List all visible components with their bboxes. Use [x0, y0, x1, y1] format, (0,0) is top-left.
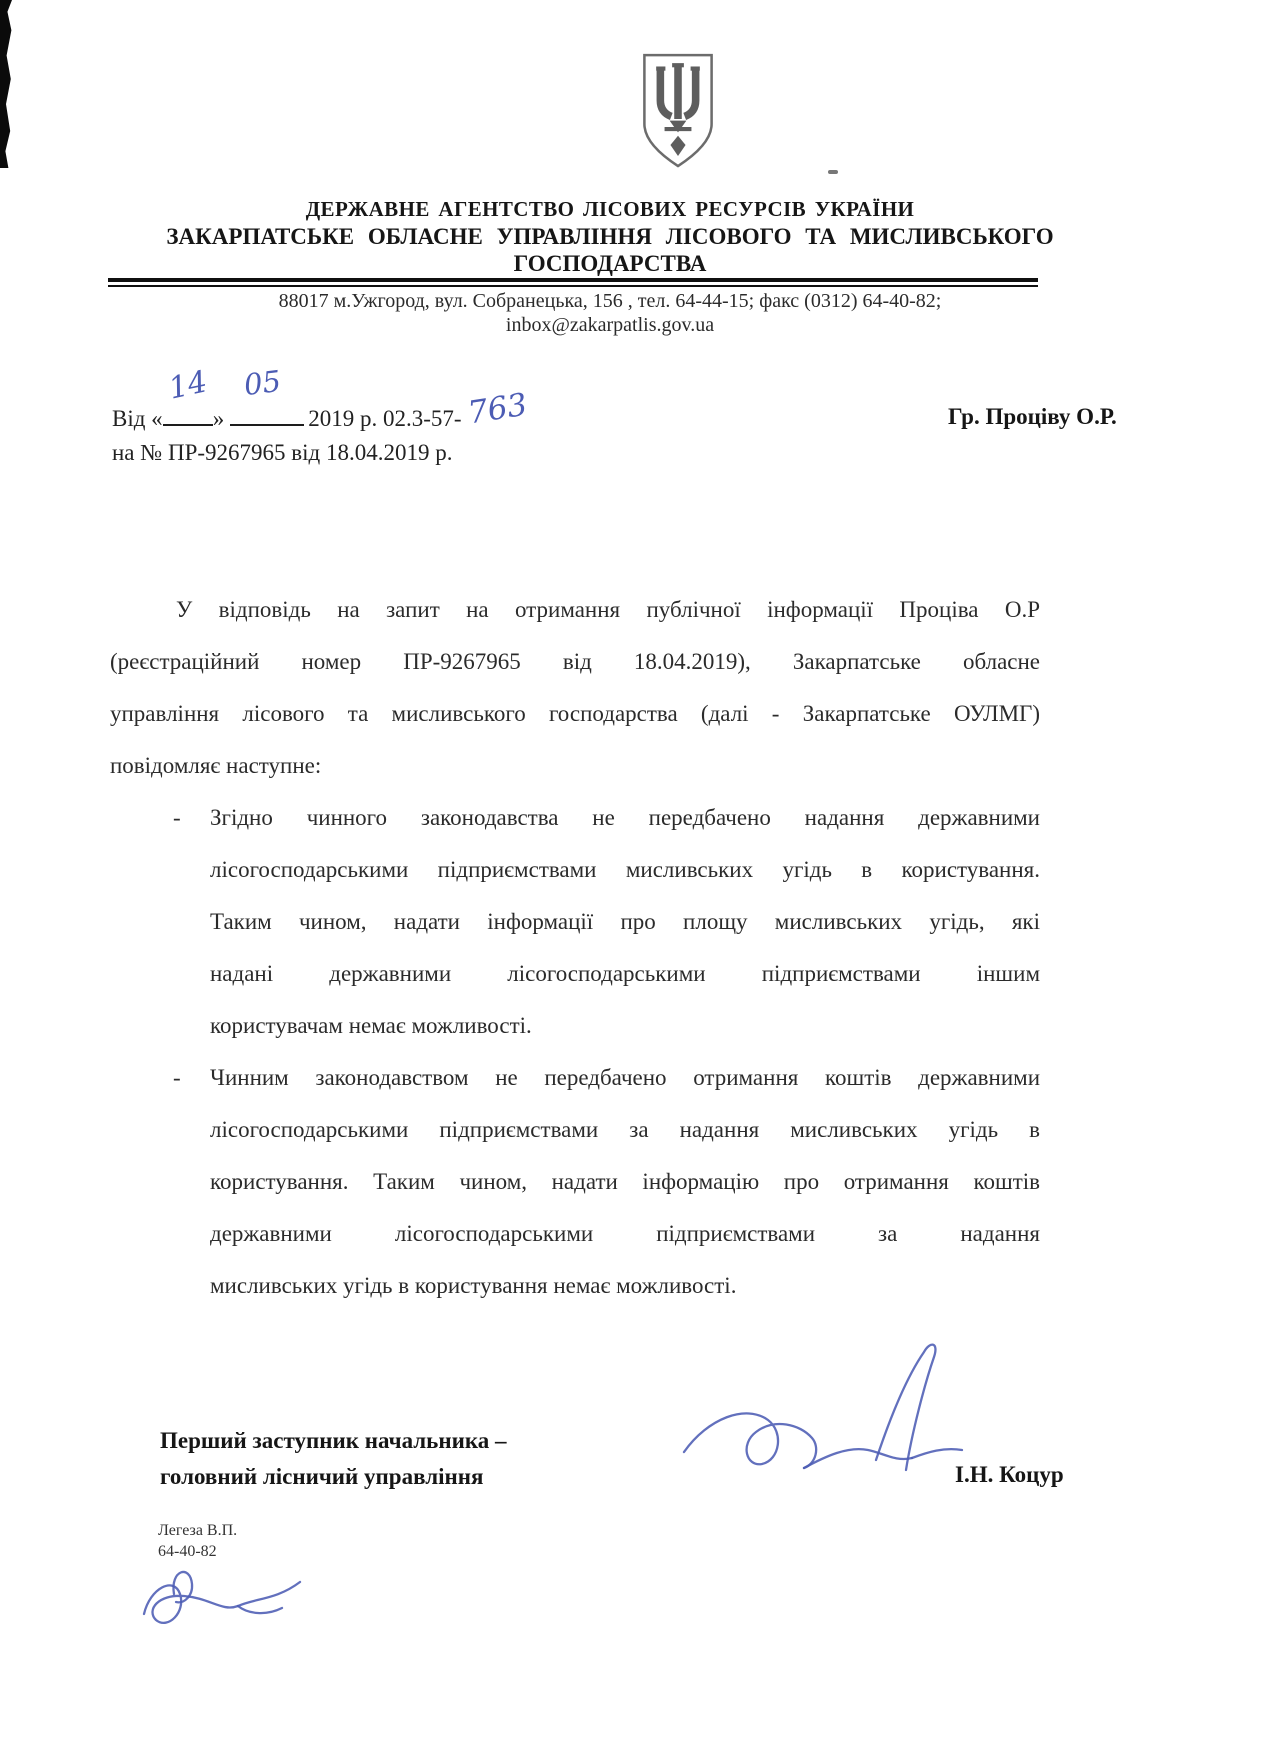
- scanned-letter-page: ДЕРЖАВНЕ АГЕНТСТВО ЛІСОВИХ РЕСУРСІВ УКРА…: [0, 0, 1280, 1760]
- executor-name: Легеза В.П.: [158, 1522, 237, 1540]
- body-line: лісогосподарськими підприємствами мислив…: [210, 844, 1040, 896]
- date-month-blank: 05: [230, 400, 304, 426]
- signer-name: І.Н. Коцур: [955, 1462, 1064, 1488]
- body-line: Таким чином, надати інформації про площу…: [210, 896, 1040, 948]
- body-line: У відповідь на запит на отримання публіч…: [110, 584, 1040, 636]
- body-line: Згідно чинного законодавства не передбач…: [210, 792, 1040, 844]
- outgoing-reference-line: Від «14»052019 р. 02.3-57-763: [112, 398, 527, 434]
- body-line: державними лісогосподарськими підприємст…: [210, 1208, 1040, 1260]
- reply-to-reference: на № ПР-9267965 від 18.04.2019 р.: [112, 440, 452, 466]
- handwritten-month: 05: [242, 364, 283, 402]
- bullet-item-2: - Чинним законодавством не передбачено о…: [110, 1052, 1040, 1312]
- agency-title: ДЕРЖАВНЕ АГЕНТСТВО ЛІСОВИХ РЕСУРСІВ УКРА…: [150, 197, 1070, 222]
- body-line: повідомляє наступне:: [110, 740, 1040, 792]
- body-line: управління лісового та мисливського госп…: [110, 688, 1040, 740]
- body-line: лісогосподарськими підприємствами за над…: [210, 1104, 1040, 1156]
- body-line: мисливських угідь в користування немає м…: [210, 1260, 1040, 1312]
- bullet-item-1: - Згідно чинного законодавства не передб…: [110, 792, 1040, 1052]
- date-day-blank: 14: [163, 400, 213, 426]
- executor-signature-ink-scrawl: [130, 1552, 315, 1654]
- date-prefix: Від «: [112, 406, 163, 431]
- body-line: Чинним законодавством не передбачено отр…: [210, 1052, 1040, 1104]
- department-title-line1: ЗАКАРПАТСЬКЕ ОБЛАСНЕ УПРАВЛІННЯ ЛІСОВОГО…: [150, 224, 1070, 250]
- body-line: користувачам немає можливості.: [210, 1000, 1040, 1052]
- scan-edge-artifact: [0, 0, 12, 168]
- header-address: 88017 м.Ужгород, вул. Собранецька, 156 ,…: [150, 290, 1070, 313]
- scan-speck-artifact: [828, 170, 838, 174]
- signer-position-line1: Перший заступник начальника –: [160, 1428, 507, 1454]
- bullet-dash-marker: -: [173, 1052, 181, 1104]
- signer-position-line2: головний лісничий управління: [160, 1464, 483, 1490]
- body-line: надані державними лісогосподарськими під…: [210, 948, 1040, 1000]
- header-email: inbox@zakarpatlis.gov.ua: [150, 314, 1070, 337]
- signature-ink-scrawl: [672, 1330, 972, 1498]
- header-rule-thick: [108, 278, 1038, 282]
- body-line: користування. Таким чином, надати інформ…: [210, 1156, 1040, 1208]
- handwritten-day: 14: [165, 364, 210, 406]
- date-quote-close: »: [213, 406, 225, 431]
- letter-body: У відповідь на запит на отримання публіч…: [110, 584, 1040, 1312]
- bullet-dash-marker: -: [173, 792, 181, 844]
- body-line: (реєстраційний номер ПР-9267965 від 18.0…: [110, 636, 1040, 688]
- recipient-name: Гр. Проціву О.Р.: [948, 404, 1117, 430]
- header-rule-thin: [108, 285, 1038, 287]
- department-title-line2: ГОСПОДАРСТВА: [150, 251, 1070, 277]
- handwritten-outgoing-number: 763: [465, 387, 529, 432]
- ukraine-trident-emblem-icon: [636, 50, 720, 172]
- date-year-and-index: 2019 р. 02.3-57-: [308, 406, 461, 431]
